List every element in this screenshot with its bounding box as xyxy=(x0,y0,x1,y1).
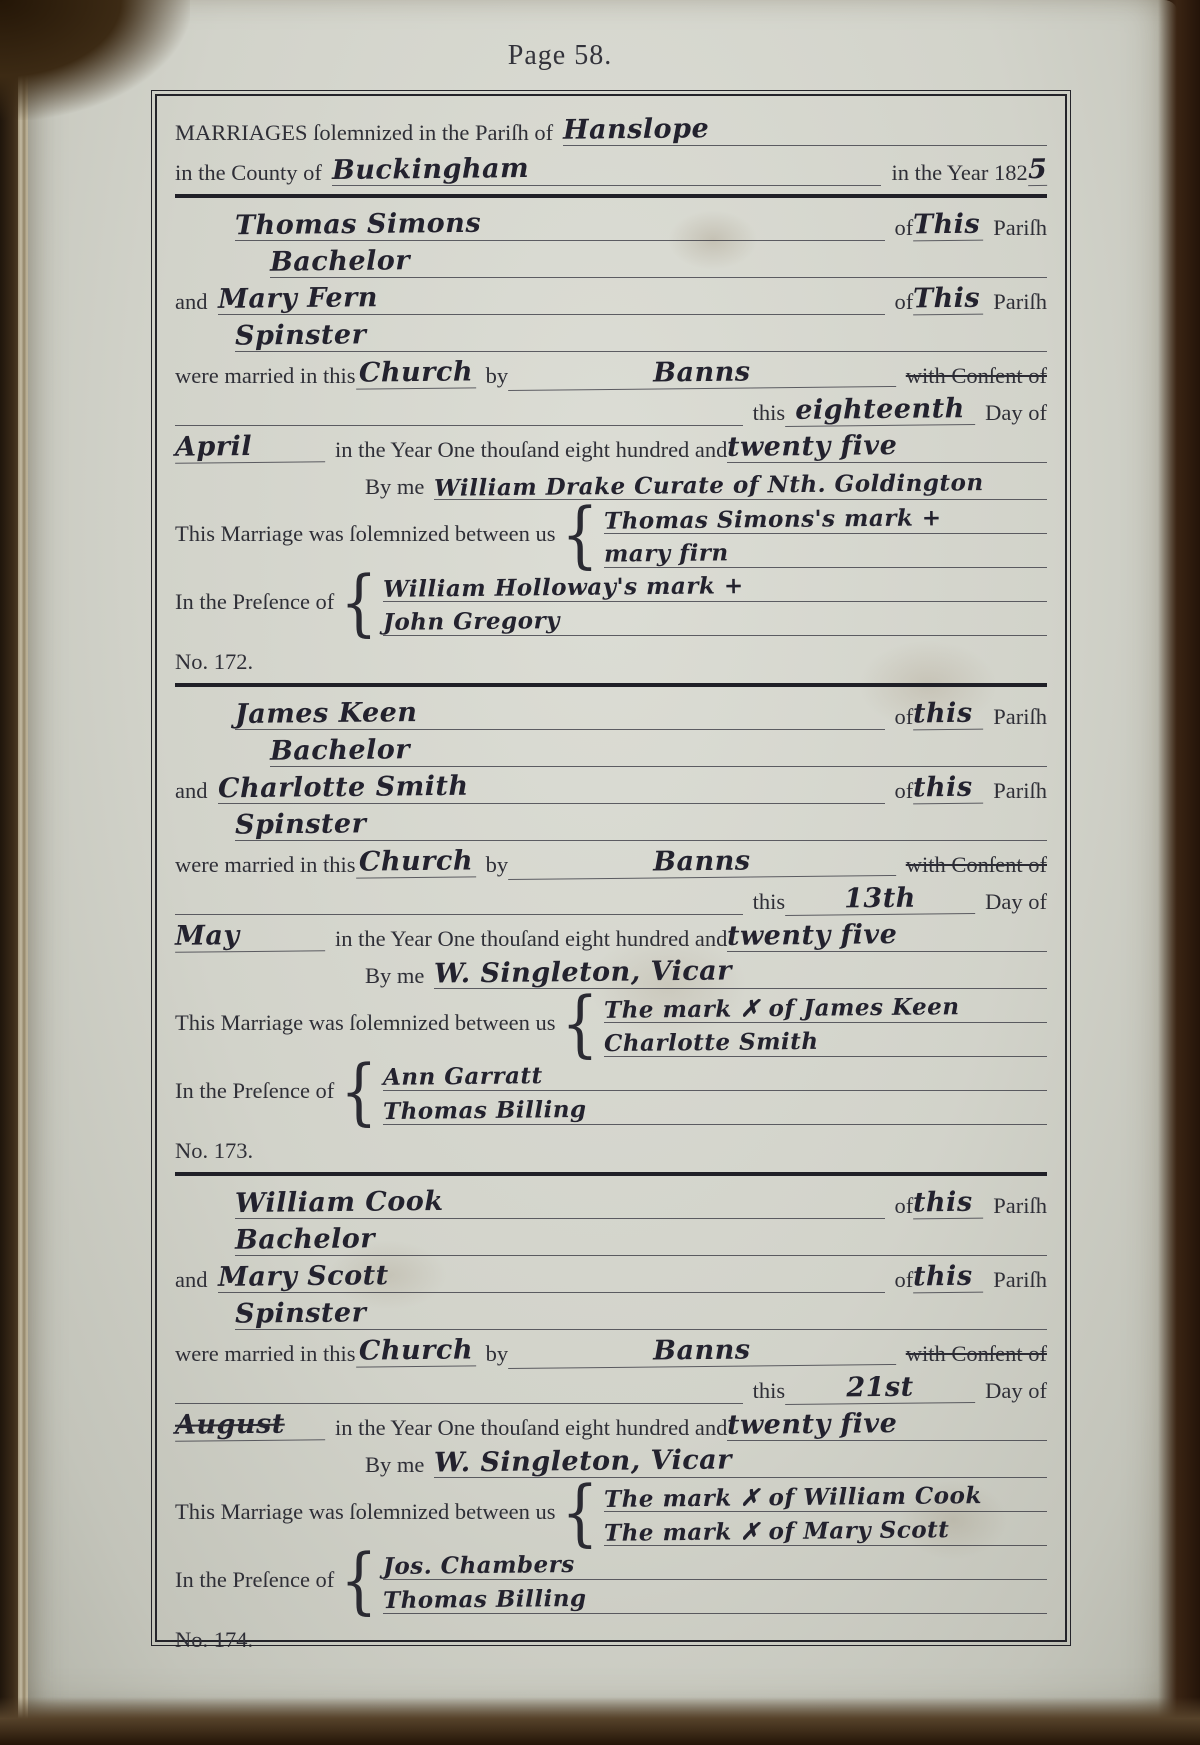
groom-condition-line: Bachelor xyxy=(270,735,1047,767)
brace-glyph: { xyxy=(562,501,599,566)
and-label: and xyxy=(175,778,208,804)
by-label: by xyxy=(486,363,509,389)
presence-label: In the Preſence of xyxy=(175,589,334,615)
month-handwritten-struck: August xyxy=(175,1408,325,1442)
married-in-this-label: were married in this xyxy=(175,363,356,389)
day-handwritten: eighteenth xyxy=(785,393,975,427)
groom-signature-line: The mark ✗ of William Cook xyxy=(604,1484,1047,1512)
and-label: and xyxy=(175,289,208,315)
by-me-label: By me xyxy=(365,963,424,989)
bride-signature-line: The mark ✗ of Mary Scott xyxy=(604,1518,1047,1546)
section-divider xyxy=(175,683,1047,687)
year-words-line: twenty five xyxy=(727,920,1047,952)
groom-name-line: William Cook xyxy=(235,1187,885,1219)
day-of-label: Day of xyxy=(985,1378,1047,1404)
groom-name-line: James Keen xyxy=(235,698,885,730)
by-label: by xyxy=(486,852,509,878)
register-header: MARRIAGES ſolemnized in the Pariſh of Ha… xyxy=(175,106,1047,186)
groom-signature-line: Thomas Simons's mark + xyxy=(604,506,1047,534)
groom-condition-line: Bachelor xyxy=(270,246,1047,278)
of-label: of xyxy=(895,289,914,315)
by-label: by xyxy=(486,1341,509,1367)
day-of-label: Day of xyxy=(985,889,1047,915)
of-label: of xyxy=(895,778,914,804)
day-handwritten: 21st xyxy=(785,1371,975,1405)
county-name-handwritten: Buckingham xyxy=(332,154,882,186)
consent-label: with Conſent of xyxy=(906,363,1047,389)
of-label: of xyxy=(895,215,914,241)
officiant-line: W. Singleton, Vicar xyxy=(434,1446,1047,1478)
by-me-label: By me xyxy=(365,1452,424,1478)
witness-signature-line: John Gregory xyxy=(383,608,1047,636)
marriages-solemnized-label: MARRIAGES ſolemnized in the Pariſh of xyxy=(175,120,553,146)
method-handwritten: Banns xyxy=(508,355,896,391)
of-label: of xyxy=(895,1193,914,1219)
brace-glyph: { xyxy=(340,1547,377,1612)
solemnized-label: This Marriage was ſolemnized between us xyxy=(175,521,556,547)
year-printed-label: in the Year 182 xyxy=(891,160,1027,186)
day-of-label: Day of xyxy=(985,400,1047,426)
place-handwritten: Church xyxy=(355,1334,475,1367)
presence-label: In the Preſence of xyxy=(175,1567,334,1593)
book-edge-right xyxy=(1158,0,1200,1745)
year-words-label: in the Year One thouſand eight hundred a… xyxy=(335,926,727,952)
bride-parish-handwritten: this xyxy=(913,772,983,805)
book-edge-bottom xyxy=(0,1697,1200,1745)
bride-condition-line: Spinster xyxy=(235,320,1047,352)
month-handwritten: May xyxy=(175,919,325,953)
bride-name-line: Mary Scott xyxy=(218,1261,885,1293)
witness-signature-line: Thomas Billing xyxy=(383,1586,1047,1614)
groom-signature-line: The mark ✗ of James Keen xyxy=(604,995,1047,1023)
section-divider xyxy=(175,194,1047,198)
bride-signature-line: mary firn xyxy=(604,540,1047,568)
bride-name-line: Mary Fern xyxy=(218,283,885,315)
consent-label-struck: with Conſent of xyxy=(906,852,1047,878)
married-in-this-label: were married in this xyxy=(175,1341,356,1367)
of-label: of xyxy=(895,1267,914,1293)
bride-parish-handwritten: this xyxy=(913,1261,983,1294)
marriage-entry-172: Thomas Simons of This Pariſh Bachelor an… xyxy=(175,204,1047,675)
method-handwritten: Banns xyxy=(508,844,896,880)
solemnized-label: This Marriage was ſolemnized between us xyxy=(175,1499,556,1525)
parish-label: Pariſh xyxy=(993,778,1047,804)
year-words-line: twenty five xyxy=(727,1409,1047,1441)
brace-glyph: { xyxy=(562,990,599,1055)
month-handwritten: April xyxy=(175,430,325,464)
year-words-label: in the Year One thouſand eight hundred a… xyxy=(335,1415,727,1441)
this-label: this xyxy=(753,400,786,426)
officiant-line: W. Singleton, Vicar xyxy=(434,957,1047,989)
bride-signature-line: Charlotte Smith xyxy=(604,1029,1047,1057)
parish-label: Pariſh xyxy=(993,704,1047,730)
place-handwritten: Church xyxy=(355,356,475,389)
bride-condition-line: Spinster xyxy=(235,1298,1047,1330)
brace-glyph: { xyxy=(340,1058,377,1123)
groom-parish-handwritten: This xyxy=(913,209,983,242)
year-words-label: in the Year One thouſand eight hundred a… xyxy=(335,437,727,463)
parish-label: Pariſh xyxy=(993,1193,1047,1219)
marriage-entry-173: James Keen of this Pariſh Bachelor and C… xyxy=(175,693,1047,1164)
year-words-line: twenty five xyxy=(727,431,1047,463)
presence-label: In the Preſence of xyxy=(175,1078,334,1104)
groom-name-line: Thomas Simons xyxy=(235,209,885,241)
section-divider xyxy=(175,1172,1047,1176)
this-label: this xyxy=(753,1378,786,1404)
year-handwritten: 5 xyxy=(1028,154,1048,186)
groom-parish-handwritten: this xyxy=(913,698,983,731)
consent-label-struck: with Conſent of xyxy=(906,1341,1047,1367)
bride-condition-line: Spinster xyxy=(235,809,1047,841)
this-label: this xyxy=(753,889,786,915)
witness-signature-line: William Holloway's mark + xyxy=(383,574,1047,602)
officiant-line: William Drake Curate of Nth. Goldington xyxy=(434,472,1047,500)
by-me-label: By me xyxy=(365,474,424,500)
marriage-entry-174: William Cook of this Pariſh Bachelor and… xyxy=(175,1182,1047,1653)
parish-label: Pariſh xyxy=(993,215,1047,241)
entry-number: No. 174. xyxy=(175,1627,253,1653)
married-in-this-label: were married in this xyxy=(175,852,356,878)
and-label: and xyxy=(175,1267,208,1293)
bride-parish-handwritten: This xyxy=(913,283,983,316)
of-label: of xyxy=(895,704,914,730)
brace-glyph: { xyxy=(340,569,377,634)
marriage-register-form: MARRIAGES ſolemnized in the Pariſh of Ha… xyxy=(155,94,1067,1642)
parish-name-handwritten: Hanslope xyxy=(563,114,1047,146)
parish-label: Pariſh xyxy=(993,289,1047,315)
entry-number: No. 172. xyxy=(175,649,253,675)
place-handwritten: Church xyxy=(355,845,475,878)
method-handwritten: Banns xyxy=(508,1333,896,1369)
groom-condition-line: Bachelor xyxy=(235,1224,1047,1256)
groom-parish-handwritten: this xyxy=(913,1187,983,1220)
brace-glyph: { xyxy=(562,1479,599,1544)
solemnized-label: This Marriage was ſolemnized between us xyxy=(175,1010,556,1036)
day-handwritten: 13th xyxy=(785,882,975,916)
county-label: in the County of xyxy=(175,160,322,186)
page-number-heading: Page 58. xyxy=(300,40,820,72)
bride-name-line: Charlotte Smith xyxy=(218,772,885,804)
witness-signature-line: Thomas Billing xyxy=(383,1097,1047,1125)
witness-signature-line: Ann Garratt xyxy=(383,1063,1047,1091)
parish-label: Pariſh xyxy=(993,1267,1047,1293)
entry-number: No. 173. xyxy=(175,1138,253,1164)
witness-signature-line: Jos. Chambers xyxy=(383,1552,1047,1580)
